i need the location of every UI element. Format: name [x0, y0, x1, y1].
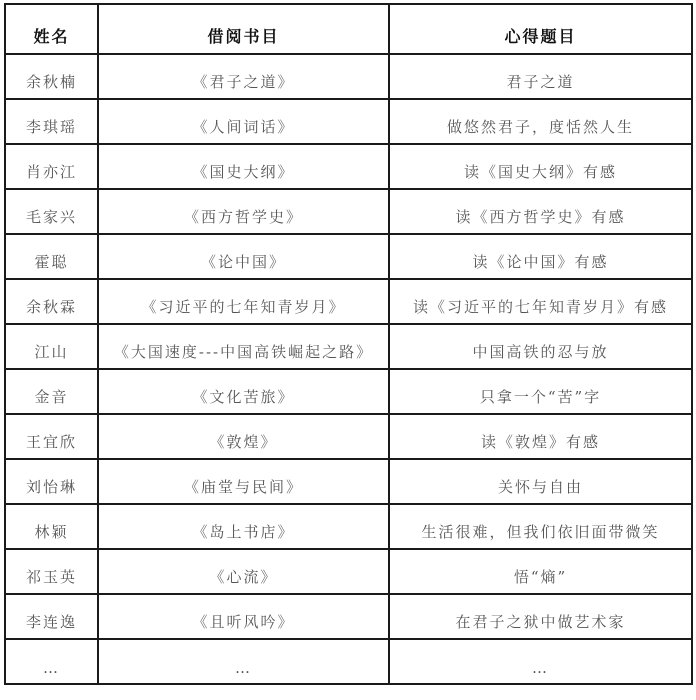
- cell-book: 《论中国》: [98, 234, 389, 279]
- cell-book: 《国史大纲》: [98, 144, 389, 189]
- cell-book: 《文化苦旅》: [98, 369, 389, 414]
- table-row: 林颖 《岛上书店》 生活很难，但我们依旧面带微笑: [5, 504, 692, 549]
- table-row: 金音 《文化苦旅》 只拿一个“苦”字: [5, 369, 692, 414]
- cell-topic: 读《敦煌》有感: [389, 414, 692, 459]
- cell-book: 《庙堂与民间》: [98, 459, 389, 504]
- cell-name: 江山: [5, 324, 98, 369]
- cell-topic: 做悠然君子，度恬然人生: [389, 99, 692, 144]
- cell-name: 刘怡琳: [5, 459, 98, 504]
- header-name: 姓名: [5, 4, 98, 54]
- table-row: 毛家兴 《西方哲学史》 读《西方哲学史》有感: [5, 189, 692, 234]
- cell-name: 余秋霖: [5, 279, 98, 324]
- table-row: 余秋霖 《习近平的七年知青岁月》 读《习近平的七年知青岁月》有感: [5, 279, 692, 324]
- cell-topic: 读《论中国》有感: [389, 234, 692, 279]
- cell-name: 王宜欣: [5, 414, 98, 459]
- cell-name: 霍聪: [5, 234, 98, 279]
- header-book: 借阅书目: [98, 4, 389, 54]
- cell-name: 金音: [5, 369, 98, 414]
- cell-name: 肖亦江: [5, 144, 98, 189]
- cell-book: 《且听风吟》: [98, 594, 389, 639]
- table-row-ellipsis: … … …: [5, 639, 692, 684]
- cell-book: 《君子之道》: [98, 54, 389, 99]
- cell-book: 《习近平的七年知青岁月》: [98, 279, 389, 324]
- cell-topic: 读《习近平的七年知青岁月》有感: [389, 279, 692, 324]
- cell-name: …: [5, 639, 98, 684]
- cell-book: 《岛上书店》: [98, 504, 389, 549]
- cell-book: 《心流》: [98, 549, 389, 594]
- cell-topic: …: [389, 639, 692, 684]
- cell-name: 余秋楠: [5, 54, 98, 99]
- cell-topic: 关怀与自由: [389, 459, 692, 504]
- cell-book: 《西方哲学史》: [98, 189, 389, 234]
- header-topic: 心得题目: [389, 4, 692, 54]
- cell-topic: 只拿一个“苦”字: [389, 369, 692, 414]
- cell-name: 祁玉英: [5, 549, 98, 594]
- cell-topic: 君子之道: [389, 54, 692, 99]
- cell-name: 李琪瑶: [5, 99, 98, 144]
- table-row: 肖亦江 《国史大纲》 读《国史大纲》有感: [5, 144, 692, 189]
- cell-book: 《大国速度---中国高铁崛起之路》: [98, 324, 389, 369]
- cell-topic: 读《西方哲学史》有感: [389, 189, 692, 234]
- table-row: 李琪瑶 《人间词话》 做悠然君子，度恬然人生: [5, 99, 692, 144]
- table-row: 余秋楠 《君子之道》 君子之道: [5, 54, 692, 99]
- cell-topic: 中国高铁的忍与放: [389, 324, 692, 369]
- table-header-row: 姓名 借阅书目 心得题目: [5, 4, 692, 54]
- table-row: 祁玉英 《心流》 悟“熵”: [5, 549, 692, 594]
- table-row: 江山 《大国速度---中国高铁崛起之路》 中国高铁的忍与放: [5, 324, 692, 369]
- table-row: 李连逸 《且听风吟》 在君子之狱中做艺术家: [5, 594, 692, 639]
- cell-topic: 在君子之狱中做艺术家: [389, 594, 692, 639]
- cell-name: 林颖: [5, 504, 98, 549]
- cell-book: …: [98, 639, 389, 684]
- cell-topic: 生活很难，但我们依旧面带微笑: [389, 504, 692, 549]
- cell-name: 李连逸: [5, 594, 98, 639]
- cell-topic: 读《国史大纲》有感: [389, 144, 692, 189]
- cell-topic: 悟“熵”: [389, 549, 692, 594]
- cell-book: 《人间词话》: [98, 99, 389, 144]
- table-row: 霍聪 《论中国》 读《论中国》有感: [5, 234, 692, 279]
- cell-name: 毛家兴: [5, 189, 98, 234]
- table-row: 刘怡琳 《庙堂与民间》 关怀与自由: [5, 459, 692, 504]
- cell-book: 《敦煌》: [98, 414, 389, 459]
- reading-list-table: 姓名 借阅书目 心得题目 余秋楠 《君子之道》 君子之道 李琪瑶 《人间词话》 …: [4, 3, 693, 685]
- table-row: 王宜欣 《敦煌》 读《敦煌》有感: [5, 414, 692, 459]
